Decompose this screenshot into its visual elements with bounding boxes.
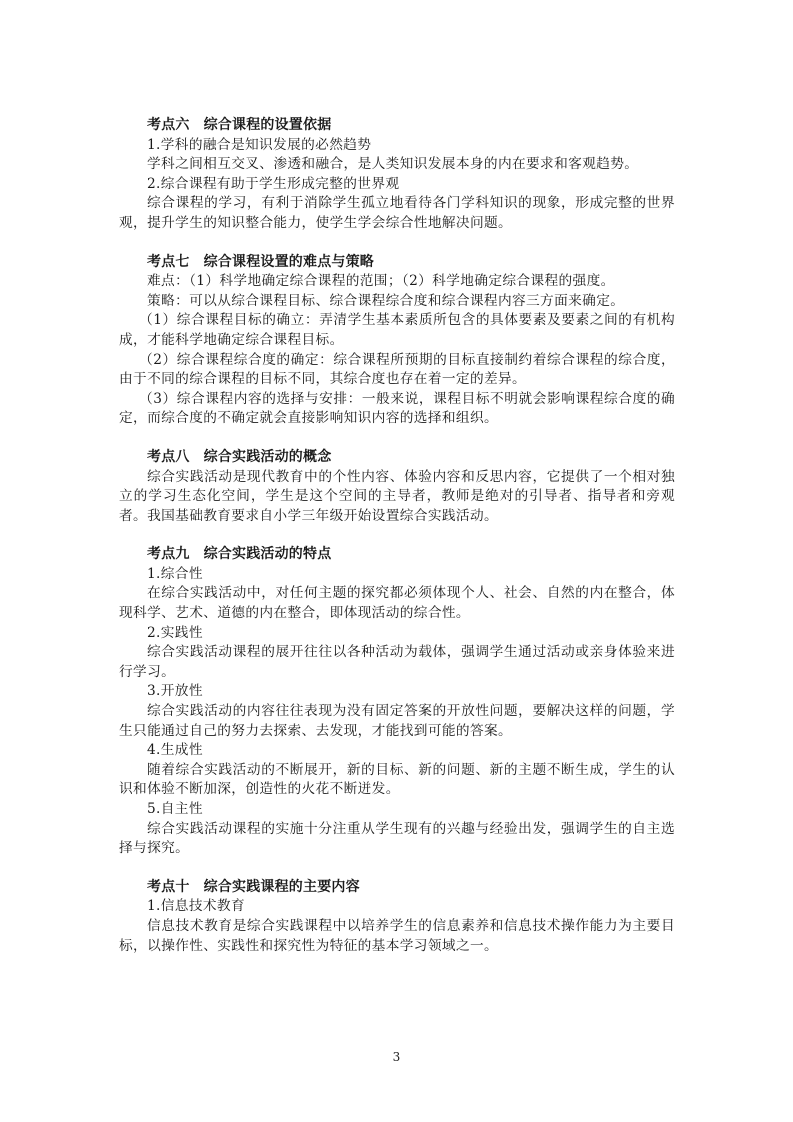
paragraph: 学科之间相互交叉、渗透和融合，是人类知识发展本身的内在要求和客观趋势。 — [119, 155, 675, 175]
section-heading: 考点八综合实践活动的概念 — [119, 448, 675, 468]
paragraph: 综合实践活动课程的展开往往以各种活动为载体，强调学生通过活动或亲身体验来进行学习… — [119, 643, 675, 682]
section-kaodian-9: 考点九综合实践活动的特点 1.综合性 在综合实践活动中，对任何主题的探究都必须体… — [119, 545, 675, 859]
subheading: 4.生成性 — [119, 741, 675, 761]
subheading: 1.学科的融合是知识发展的必然趋势 — [119, 136, 675, 156]
section-heading: 考点六综合课程的设置依据 — [119, 116, 675, 136]
paragraph: 综合课程的学习，有利于消除学生孤立地看待各门学科知识的现象，形成完整的世界观，提… — [119, 194, 675, 233]
paragraph-strategies: 策略：可以从综合课程目标、综合课程综合度和综合课程内容三方面来确定。 — [119, 292, 675, 312]
section-heading: 考点九综合实践活动的特点 — [119, 545, 675, 565]
section-heading: 考点七综合课程设置的难点与策略 — [119, 253, 675, 273]
section-kaodian-7: 考点七综合课程设置的难点与策略 难点：（1）科学地确定综合课程的范围；（2）科学… — [119, 253, 675, 429]
paragraph: 综合实践活动课程的实施十分注重从学生现有的兴趣与经验出发，强调学生的自主选择与探… — [119, 820, 675, 859]
paragraph: （1）综合课程目标的确立：弄清学生基本素质所包含的具体要素及要素之间的有机构成，… — [119, 311, 675, 350]
paragraph: 综合实践活动的内容往往表现为没有固定答案的开放性问题，要解决这样的问题，学生只能… — [119, 702, 675, 741]
subheading: 2.综合课程有助于学生形成完整的世界观 — [119, 175, 675, 195]
paragraph: （3）综合课程内容的选择与安排：一般来说，课程目标不明就会影响课程综合度的确定，… — [119, 390, 675, 429]
subheading: 1.信息技术教育 — [119, 897, 675, 917]
subheading: 3.开放性 — [119, 682, 675, 702]
paragraph: （2）综合课程综合度的确定：综合课程所预期的目标直接制约着综合课程的综合度，由于… — [119, 351, 675, 390]
page-number: 3 — [0, 1050, 793, 1064]
section-kaodian-8: 考点八综合实践活动的概念 综合实践活动是现代教育中的个性内容、体验内容和反思内容… — [119, 448, 675, 526]
section-heading: 考点十综合实践课程的主要内容 — [119, 878, 675, 898]
subheading: 2.实践性 — [119, 624, 675, 644]
paragraph: 信息技术教育是综合实践课程中以培养学生的信息素养和信息技术操作能力为主要目标，以… — [119, 917, 675, 956]
section-kaodian-6: 考点六综合课程的设置依据 1.学科的融合是知识发展的必然趋势 学科之间相互交叉、… — [119, 116, 675, 234]
paragraph: 综合实践活动是现代教育中的个性内容、体验内容和反思内容，它提供了一个相对独立的学… — [119, 468, 675, 527]
subheading: 1.综合性 — [119, 565, 675, 585]
section-kaodian-10: 考点十综合实践课程的主要内容 1.信息技术教育 信息技术教育是综合实践课程中以培… — [119, 878, 675, 956]
paragraph-difficulties: 难点：（1）科学地确定综合课程的范围；（2）科学地确定综合课程的强度。 — [119, 272, 675, 292]
subheading: 5.自主性 — [119, 800, 675, 820]
paragraph: 在综合实践活动中，对任何主题的探究都必须体现个人、社会、自然的内在整合，体现科学… — [119, 584, 675, 623]
document-page: 考点六综合课程的设置依据 1.学科的融合是知识发展的必然趋势 学科之间相互交叉、… — [119, 116, 675, 975]
paragraph: 随着综合实践活动的不断展开，新的目标、新的问题、新的主题不断生成，学生的认识和体… — [119, 761, 675, 800]
